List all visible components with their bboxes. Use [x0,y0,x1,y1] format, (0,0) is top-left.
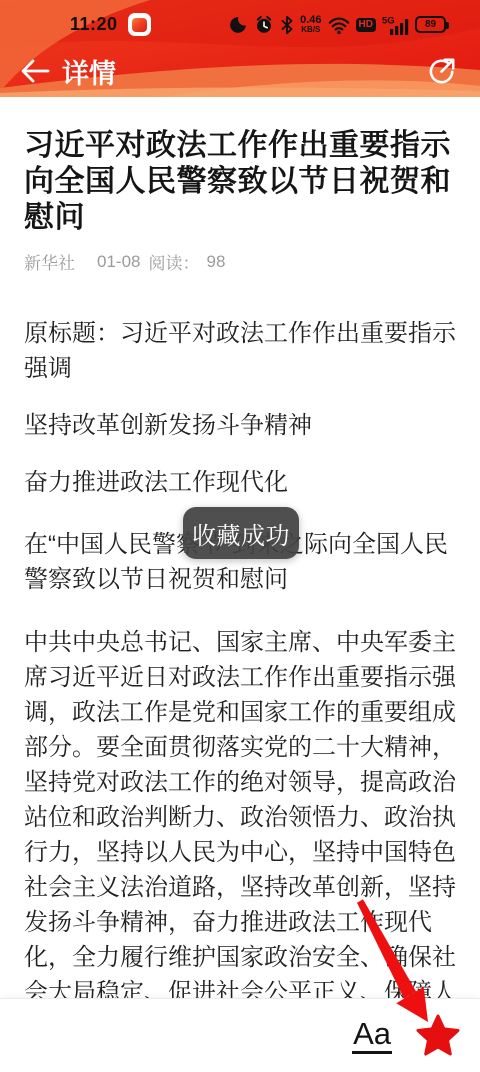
bottom-toolbar: Aa [0,998,480,1072]
nav-bar: 详情 [0,45,480,97]
cellular-signal-icon: 5G [382,15,409,35]
alarm-clock-icon [254,15,274,35]
header: 11:20 0.46 KB/S [0,0,480,97]
app-screen: 11:20 0.46 KB/S [0,0,480,1072]
article-source: 新华社 [24,249,75,274]
wifi-icon [328,15,350,35]
article-meta: 新华社 01-08 阅读： 98 [24,249,456,274]
moon-icon [228,15,248,35]
page-title: 详情 [62,52,116,91]
star-icon [416,1014,460,1058]
back-button[interactable] [20,54,54,88]
article-paragraph: 坚持改革创新发扬斗争精神 [24,408,456,443]
battery-icon: 89 [415,16,446,33]
network-speed-indicator: 0.46 KB/S [300,16,321,34]
network-type-label: 5G [382,15,395,26]
back-arrow-icon [20,58,50,84]
read-count-value: 98 [206,252,225,272]
favorite-button[interactable] [416,1014,460,1058]
article-paragraph: 原标题：习近平对政法工作作出重要指示强调 [24,316,456,386]
article-title: 习近平对政法工作作出重要指示向全国人民警察致以节日祝贺和慰问 [24,128,456,236]
article-paragraph: 中共中央总书记、国家主席、中央军委主席习近平近日对政法工作作出重要指示强调，政法… [24,625,456,1010]
status-bar: 11:20 0.46 KB/S [0,0,480,45]
share-icon [426,55,458,87]
article-paragraph: 奋力推进政法工作现代化 [24,465,456,500]
bluetooth-icon [280,15,294,35]
toast-message: 收藏成功 [183,507,299,559]
status-time: 11:20 [70,14,118,35]
hd-voice-icon: HD [356,18,376,32]
share-button[interactable] [424,53,460,89]
battery-level: 89 [425,19,436,30]
font-size-button[interactable]: Aa [352,1018,392,1054]
article-date: 01-08 [97,252,140,272]
read-count-label: 阅读： [148,249,199,274]
notification-app-icon [128,13,151,36]
